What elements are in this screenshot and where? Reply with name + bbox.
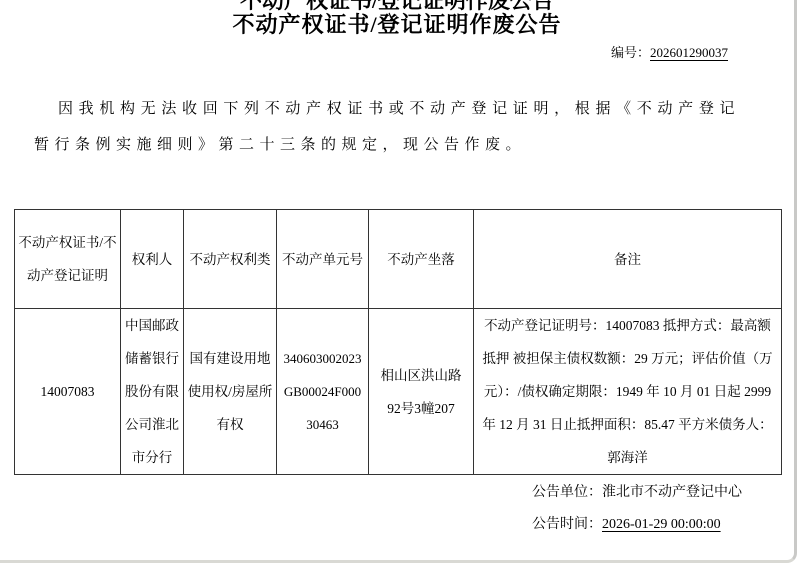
footer-unit-value: 淮北市不动产登记中心: [602, 485, 742, 500]
header-cell-right-type: 不动产权利类: [184, 210, 277, 309]
cell-right-type: 国有建设用地使用权/房屋所有权: [184, 309, 277, 475]
footer-time-line: 公告时间：2026-01-29 00:00:00: [532, 514, 721, 536]
footer-time-label: 公告时间：: [532, 517, 602, 532]
cell-location: 相山区洪山路92号3幢207: [369, 309, 474, 475]
cell-unit-no: 340603002023GB00024F00030463: [277, 309, 369, 475]
cell-remark: 不动产登记证明号：14007083 抵押方式：最高额抵押 被担保主债权数额：29…: [474, 309, 782, 475]
header-cell-remark: 备注: [474, 210, 782, 309]
doc-number-line: 编号：202601290037: [611, 44, 728, 62]
header-cell-cert-no: 不动产权证书/不动产登记证明: [15, 210, 121, 309]
announcement-page: 不动产权证书/登记证明作废公告 不动产权证书/登记证明作废公告 编号：20260…: [0, 0, 797, 563]
footer-unit-label: 公告单位：: [532, 485, 602, 500]
cell-cert-no: 14007083: [15, 309, 121, 475]
footer-time-value: 2026-01-29 00:00:00: [602, 517, 721, 532]
header-cell-location: 不动产坐落: [369, 210, 474, 309]
header-cell-holder: 权利人: [121, 210, 184, 309]
cell-holder: 中国邮政储蓄银行股份有限公司淮北市分行: [121, 309, 184, 475]
header-cell-unit-no: 不动产单元号: [277, 210, 369, 309]
table-header-row: 不动产权证书/不动产登记证明 权利人 不动产权利类 不动产单元号 不动产坐落 备…: [15, 210, 782, 309]
announcement-paragraph: 因我机构无法收回下列不动产权证书或不动产登记证明，根据《不动产登记暂行条例实施细…: [34, 91, 740, 163]
doc-number-value: 202601290037: [650, 45, 728, 60]
certificates-table: 不动产权证书/不动产登记证明 权利人 不动产权利类 不动产单元号 不动产坐落 备…: [14, 209, 782, 475]
table-row: 14007083 中国邮政储蓄银行股份有限公司淮北市分行 国有建设用地使用权/房…: [15, 309, 782, 475]
footer-unit-line: 公告单位：淮北市不动产登记中心: [532, 482, 742, 504]
page-title: 不动产权证书/登记证明作废公告: [0, 8, 794, 39]
doc-number-label: 编号：: [611, 45, 650, 60]
